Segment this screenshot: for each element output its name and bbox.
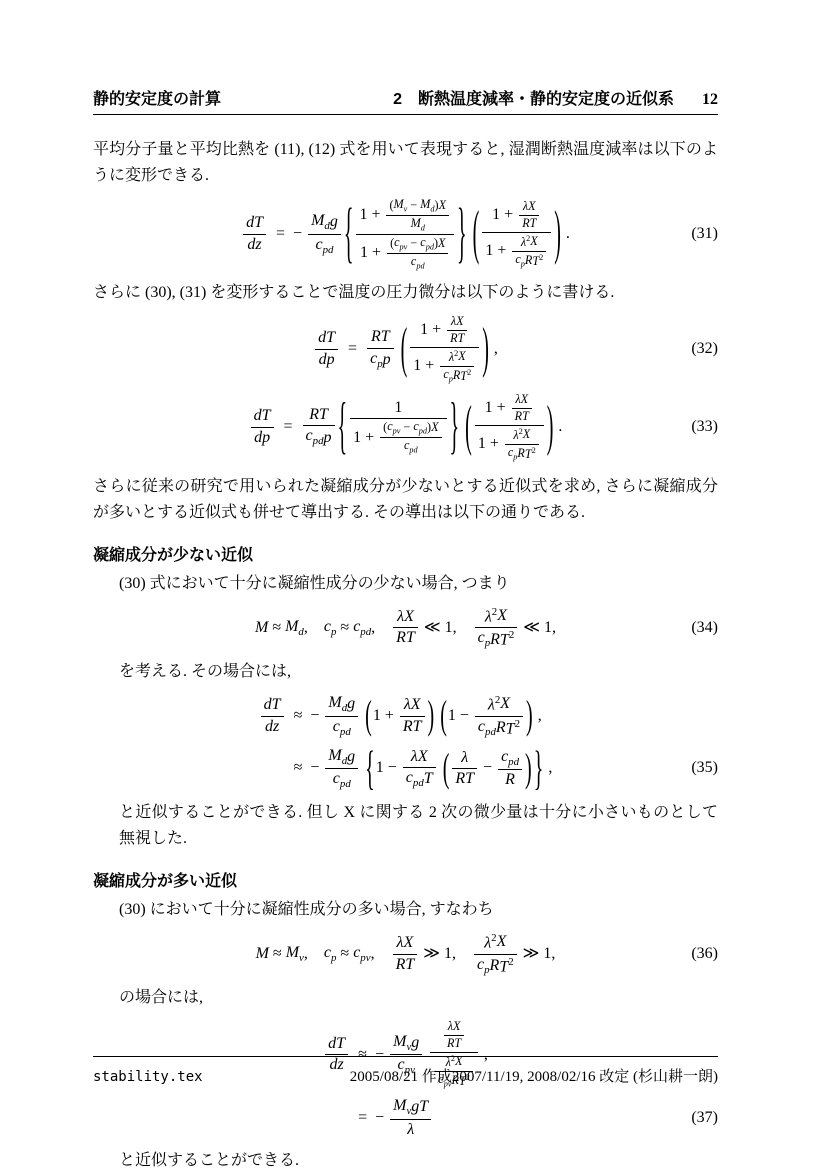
equation-number: (35)	[691, 759, 718, 777]
equation-number: (34)	[691, 619, 718, 637]
equation-rhs: − Mdgcpd{1 + (Mv − Md)XMd1 + (cpv − cpd)…	[293, 198, 570, 271]
equation-number: (31)	[691, 225, 718, 243]
equation-number: (37)	[691, 1109, 718, 1127]
running-head-right: 2 断熱温度減率・静的安定度の近似系 12	[393, 86, 718, 109]
equation-lhs: dTdp	[313, 329, 340, 369]
paragraph-intro: 平均分子量と平均比熱を (11), (12) 式を用いて表現すると, 湿潤断熱温…	[93, 137, 718, 189]
equation-lhs: dTdz	[241, 214, 268, 254]
equation-rhs: − Mdgcpd {1 − λXcpdT (λRT − cpdR)} ,	[310, 747, 552, 791]
equation-rhs: − Mdgcpd (1 + λXRT) (1 − λ2XcpdRT2) ,	[310, 694, 541, 738]
header-rule	[93, 114, 718, 115]
paragraph-approximation-overview: さらに従来の研究で用いられた凝縮成分が少ないとする近似式を求め, さらに凝縮成分…	[93, 474, 718, 526]
equation-number: (36)	[691, 945, 718, 963]
footer-rule	[93, 1056, 718, 1057]
equation-relation: =	[350, 1109, 375, 1127]
paragraph-many-intro: (30) において十分に凝縮性成分の多い場合, すなわち	[93, 897, 718, 923]
heading-many-condensate: 凝縮成分が多い近似	[93, 868, 718, 891]
equation-relation: =	[268, 225, 293, 243]
page-header: 静的安定度の計算 2 断熱温度減率・静的安定度の近似系 12	[93, 86, 718, 109]
equation-36: M ≈ Mv, cp ≈ cpv, λXRT ≫ 1, λ2XcpRT2 ≫ 1…	[93, 932, 718, 976]
running-head-title: 静的安定度の計算	[93, 86, 221, 109]
paragraph-few-after: と近似することができる. 但し X に関する 2 次の微少量は十分に小さいものと…	[93, 800, 718, 852]
footer-row: stability.tex 2005/08/21 作成2007/11/19, 2…	[93, 1065, 718, 1086]
equation-number: (32)	[691, 340, 718, 358]
equation-relation: ≈	[286, 707, 311, 725]
equation-relation: =	[340, 340, 365, 358]
paragraph-many-mid: の場合には,	[93, 985, 718, 1011]
paragraph-few-mid: を考える. その場合には,	[93, 659, 718, 685]
footer-filename: stability.tex	[93, 1069, 203, 1085]
page-number: 12	[702, 91, 718, 109]
equation-35: dTdz≈− Mdgcpd (1 + λXRT) (1 − λ2XcpdRT2)…	[93, 694, 718, 791]
equation-rhs: M ≈ Mv, cp ≈ cpv, λXRT ≫ 1, λ2XcpRT2 ≫ 1…	[256, 932, 556, 976]
equation-relation: =	[276, 418, 301, 436]
document-page: 静的安定度の計算 2 断熱温度減率・静的安定度の近似系 12 平均分子量と平均比…	[0, 0, 826, 1169]
heading-few-condensate: 凝縮成分が少ない近似	[93, 542, 718, 565]
footer-dates: 2005/08/21 作成2007/11/19, 2008/02/16 改定 (…	[350, 1065, 718, 1086]
equation-34: M ≈ Md, cp ≈ cpd, λXRT ≪ 1, λ2XcpRT2 ≪ 1…	[93, 606, 718, 650]
equation-31: dTdz=− Mdgcpd{1 + (Mv − Md)XMd1 + (cpv −…	[93, 198, 718, 271]
equation-number: (33)	[691, 418, 718, 436]
section-title: 2 断熱温度減率・静的安定度の近似系	[393, 86, 674, 109]
equation-rhs: − MvgTλ	[375, 1097, 433, 1139]
equation-rhs: RTcpdp{11 + (cpv − cpd)Xcpd} (1 + λXRT1 …	[301, 393, 563, 462]
equation-lhs: dTdp	[249, 407, 276, 447]
paragraph-pressure-derivative: さらに (30), (31) を変形することで温度の圧力微分は以下のように書ける…	[93, 280, 718, 306]
paragraph-many-after: と近似することができる.	[93, 1148, 718, 1169]
page-footer: stability.tex 2005/08/21 作成2007/11/19, 2…	[93, 1056, 718, 1086]
equation-32: dTdp=RTcpp (1 + λXRT1 + λ2XcpRT2) ,(32)	[93, 315, 718, 384]
equation-lhs: dTdz	[259, 696, 286, 736]
equation-rhs: M ≈ Md, cp ≈ cpd, λXRT ≪ 1, λ2XcpRT2 ≪ 1…	[255, 606, 556, 650]
paragraph-few-intro: (30) 式において十分に凝縮性成分の少ない場合, つまり	[93, 571, 718, 597]
equation-relation: ≈	[286, 759, 311, 777]
equation-rhs: RTcpp (1 + λXRT1 + λ2XcpRT2) ,	[365, 315, 498, 384]
equation-33: dTdp=RTcpdp{11 + (cpv − cpd)Xcpd} (1 + λ…	[93, 393, 718, 462]
